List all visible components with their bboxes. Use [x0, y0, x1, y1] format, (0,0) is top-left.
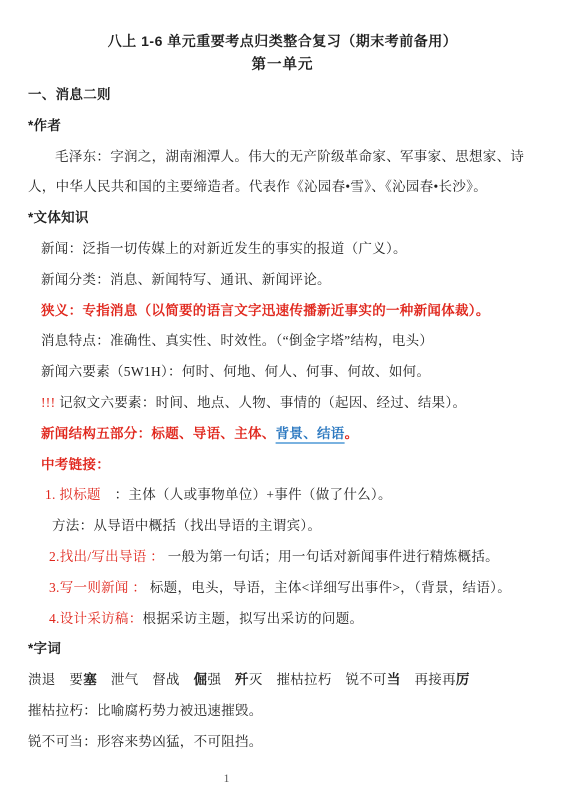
news-structure: 新闻结构五部分：标题、导语、主体、背景、结语。	[28, 419, 537, 450]
text-run: 记叙文六要素：时间、地点、人物、事情的（起因、经过、结果）。	[59, 395, 466, 410]
word-list: 溃退 要塞 泄气 督战 倔强 歼灭 摧枯拉朽 锐不可当 再接再厉	[28, 665, 537, 696]
text-run: 2.找出/写出导语 ：	[49, 549, 164, 564]
text-run: 当	[387, 672, 401, 687]
text-run: 塞	[83, 672, 97, 687]
news-six-elements: 新闻六要素（5W1H）：何时、何地、何人、何事、何故、如何。	[28, 357, 537, 388]
text-run: 4.设计采访稿：	[49, 611, 143, 626]
document-page: 八上 1-6 单元重要考点归类整合复习（期末考前备用） 第一单元 一、消息二则*…	[0, 0, 565, 800]
text-run: 歼	[235, 672, 249, 687]
section-genre-heading: *文体知识	[28, 203, 537, 234]
section-author-heading: *作者	[28, 111, 537, 142]
exam-point-1: 1. 拟标题 ：主体（人或事物单位）+事件（做了什么）。	[28, 480, 537, 511]
exam-link-heading: 中考链接：	[28, 450, 537, 481]
document-title: 八上 1-6 单元重要考点归类整合复习（期末考前备用）	[28, 30, 537, 52]
page-number: 1	[0, 772, 453, 786]
text-run: *作者	[28, 118, 61, 133]
text-run: 方法：从导语中概括（找出导语的主谓宾）。	[52, 518, 321, 533]
text-run: 强	[207, 672, 235, 687]
text-run: 根据采访主题，拟写出采访的问题。	[143, 611, 364, 626]
text-run: ：主体（人或事物单位）+事件（做了什么）。	[101, 487, 392, 502]
news-categories: 新闻分类：消息、新闻特写、通讯、新闻评论。	[28, 265, 537, 296]
document-content: 八上 1-6 单元重要考点归类整合复习（期末考前备用） 第一单元 一、消息二则*…	[0, 0, 565, 758]
word-def-cuikulaxiu: 摧枯拉朽：比喻腐朽势力被迅速摧毁。	[28, 696, 537, 727]
text-run: 狭义：专指消息（以简要的语言文字迅速传播新近事实的一种新闻体裁）。	[41, 303, 490, 318]
text-run: 。	[345, 426, 359, 441]
word-def-ruibukedang: 锐不可当：形容来势凶猛，不可阻挡。	[28, 727, 537, 758]
text-run: 新闻六要素（5W1H）：何时、何地、何人、何事、何故、如何。	[41, 364, 430, 379]
text-run: 锐不可当：形容来势凶猛，不可阻挡。	[28, 734, 263, 749]
unit-heading: 第一单元	[28, 52, 537, 78]
text-run: !!!	[41, 395, 59, 410]
section-words-heading: *字词	[28, 634, 537, 665]
author-paragraph: 毛泽东：字润之，湖南湘潭人。伟大的无产阶级革命家、军事家、思想家、诗人，中华人民…	[28, 142, 537, 204]
exam-point-3: 3.写一则新闻 ： 标题，电头，导语，主体<详细写出事件>，（背景，结语）。	[28, 573, 537, 604]
text-run: 灭 摧枯拉朽 锐不可	[249, 672, 387, 687]
text-run: 厉	[456, 672, 470, 687]
text-run: 标题，电头，导语，主体<详细写出事件>，（背景，结语）。	[146, 580, 511, 595]
text-run: 倔	[194, 672, 208, 687]
text-run: 中考链接：	[41, 457, 110, 472]
text-run: 消息特点：准确性、真实性、时效性。（“倒金字塔”结构，电头）	[41, 333, 433, 348]
text-run: 毛泽东：字润之，湖南湘潭人。伟大的无产阶级革命家、军事家、思想家、诗人，中华人民…	[28, 149, 524, 195]
exam-point-2: 2.找出/写出导语 ： 一般为第一句话；用一句话对新闻事件进行精炼概括。	[28, 542, 537, 573]
text-run: 新闻：泛指一切传媒上的对新近发生的事实的报道（广义）。	[41, 241, 407, 256]
text-run: *文体知识	[28, 210, 89, 225]
text-run: 摧枯拉朽：比喻腐朽势力被迅速摧毁。	[28, 703, 263, 718]
text-run: 新闻分类：消息、新闻特写、通讯、新闻评论。	[41, 272, 331, 287]
text-run: 再接再	[401, 672, 456, 687]
news-definition: 新闻：泛指一切传媒上的对新近发生的事实的报道（广义）。	[28, 234, 537, 265]
text-run: 3.写一则新闻 ：	[49, 580, 146, 595]
lesson-heading: 一、消息二则	[28, 80, 537, 111]
text-run: *字词	[28, 641, 61, 656]
exam-point-1-method: 方法：从导语中概括（找出导语的主谓宾）。	[28, 511, 537, 542]
text-run: 背景、结语	[276, 426, 345, 441]
text-run: 新闻结构五部分：标题、导语、主体、	[41, 426, 276, 441]
doc-body: 一、消息二则*作者毛泽东：字润之，湖南湘潭人。伟大的无产阶级革命家、军事家、思想…	[28, 80, 537, 758]
text-run: 一、消息二则	[28, 87, 111, 102]
news-features: 消息特点：准确性、真实性、时效性。（“倒金字塔”结构，电头）	[28, 326, 537, 357]
text-run: 一般为第一句话；用一句话对新闻事件进行精炼概括。	[164, 549, 499, 564]
text-run: 泄气 督战	[97, 672, 194, 687]
narrative-six-elements: !!! 记叙文六要素：时间、地点、人物、事情的（起因、经过、结果）。	[28, 388, 537, 419]
narrow-definition: 狭义：专指消息（以简要的语言文字迅速传播新近事实的一种新闻体裁）。	[28, 296, 537, 327]
text-run: 溃退 要	[28, 672, 83, 687]
text-run: 1. 拟标题	[45, 487, 101, 502]
exam-point-4: 4.设计采访稿：根据采访主题，拟写出采访的问题。	[28, 604, 537, 635]
